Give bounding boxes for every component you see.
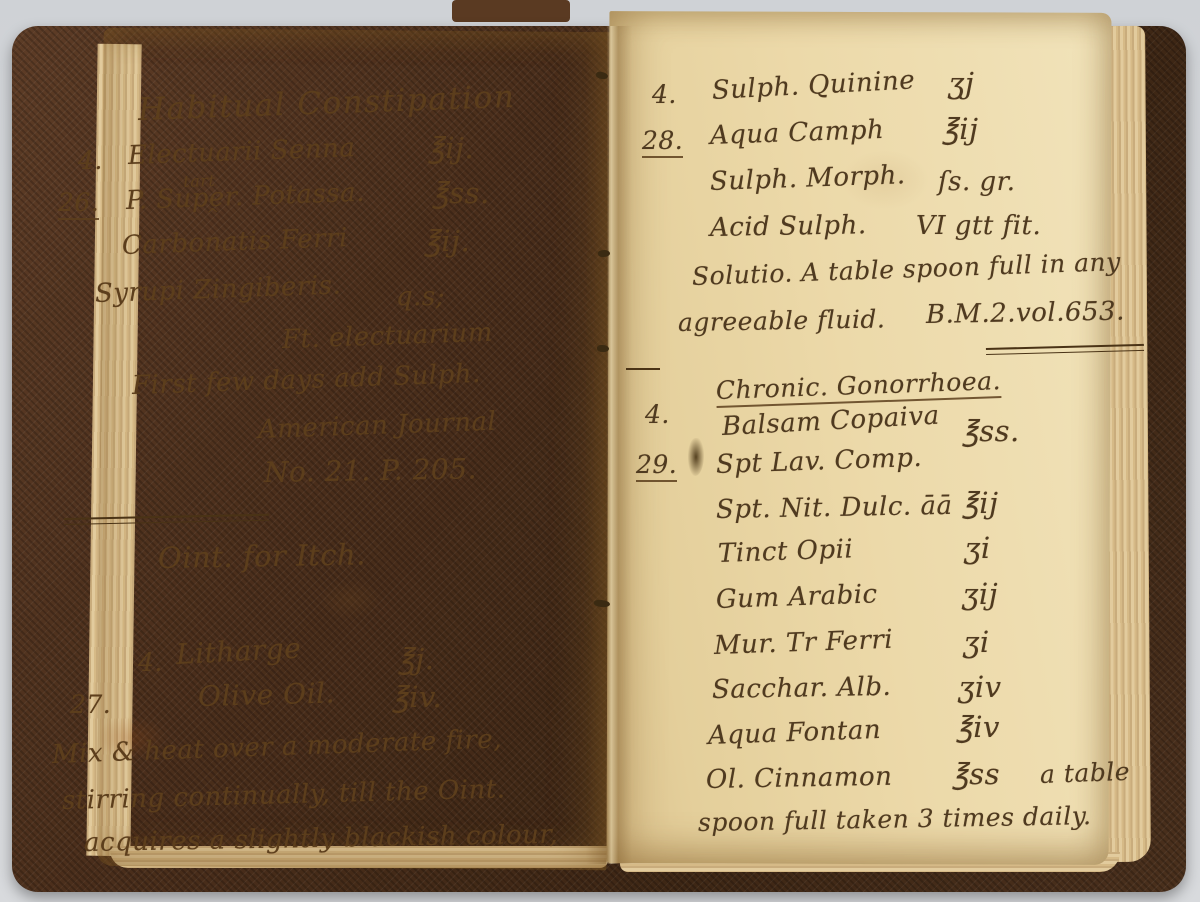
ingredient-name: Litharge bbox=[175, 631, 302, 671]
rx-symbol: 4. bbox=[645, 400, 670, 429]
quantity: q.s; bbox=[396, 282, 445, 312]
insertion-caret: ^ bbox=[206, 205, 220, 223]
source-line: No. 21. P. 205. bbox=[264, 452, 477, 489]
rx-symbol: 4. bbox=[138, 648, 163, 677]
rx-symbol: 4. bbox=[652, 80, 677, 109]
quantity: ℥j. bbox=[398, 642, 434, 676]
ingredient-name: Spt. Nit. Dulc. āā bbox=[716, 491, 953, 525]
quantity: ſs. gr. bbox=[938, 167, 1015, 197]
quantity: ℥ij. bbox=[428, 131, 474, 165]
entry-number: 28. bbox=[642, 126, 683, 155]
ingredient-name: Aqua Fontan bbox=[707, 715, 881, 751]
ingredient-name: Gum Arabic bbox=[715, 579, 878, 615]
ingredient-name: Mur. Tr Ferri bbox=[713, 625, 893, 661]
entry-number: 29. bbox=[636, 450, 677, 479]
ingredient-name: Aqua Camph bbox=[709, 115, 884, 151]
quantity: ℥ss. bbox=[432, 176, 490, 210]
ingredient-name: Ol. Cinnamon bbox=[706, 762, 893, 795]
center-gutter bbox=[586, 26, 632, 864]
entry-number: 26. bbox=[58, 188, 99, 217]
book-spine-top bbox=[452, 0, 570, 22]
quantity: VI gtt fit. bbox=[916, 211, 1041, 241]
quantity: ℥ij bbox=[942, 112, 979, 146]
inserted-word: tart bbox=[183, 171, 216, 191]
quantity: ʒi bbox=[963, 625, 990, 659]
section-heading: Oint. for Itch. bbox=[158, 537, 366, 575]
ingredient-name: Sacchar. Alb. bbox=[712, 672, 892, 705]
quantity: ℥iv. bbox=[392, 680, 442, 714]
binding-stitch bbox=[597, 345, 609, 352]
quantity: ʒj bbox=[948, 66, 974, 100]
quantity: ℥iv bbox=[956, 710, 1000, 744]
ingredient-name: Tinct Opii bbox=[717, 534, 853, 569]
ingredient-name: Olive Oil. bbox=[198, 676, 336, 713]
quantity: ℥ij bbox=[962, 486, 999, 520]
quantity: ʒiv bbox=[958, 670, 1002, 704]
quantity: ʒi bbox=[964, 531, 991, 565]
directions-line: agreeable fluid. bbox=[678, 304, 886, 337]
ingredient-name: Acid Sulph. bbox=[710, 210, 867, 243]
citation: B.M.2.vol.653. bbox=[926, 297, 1125, 330]
quantity: ʒij bbox=[962, 577, 998, 611]
quantity: ℥ss. bbox=[962, 414, 1020, 448]
quantity: ℥ss bbox=[952, 757, 1000, 791]
margin-dash bbox=[626, 368, 660, 374]
entry-number: 27. bbox=[70, 690, 111, 719]
rx-symbol: 4. bbox=[78, 146, 103, 175]
side-note: a table bbox=[1039, 757, 1130, 789]
notebook-photo: Habitual Constipation 4. Electuarii Senn… bbox=[0, 0, 1200, 902]
quantity: ℥ij. bbox=[424, 224, 470, 258]
